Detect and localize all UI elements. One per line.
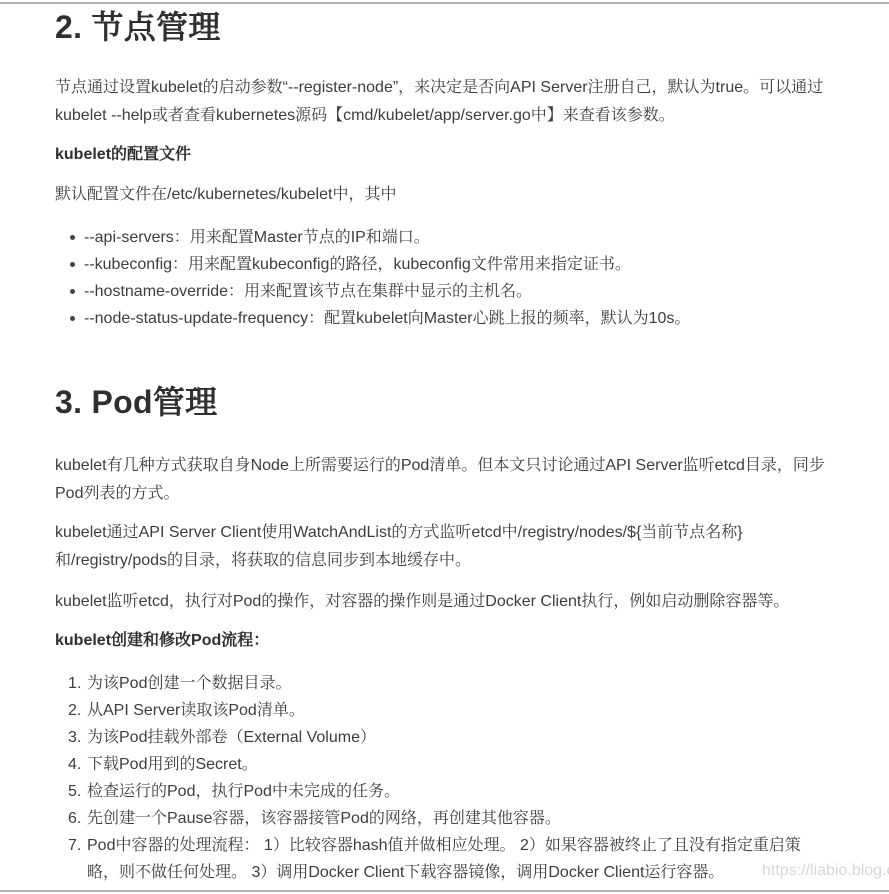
step-text: 从API Server读取该Pod清单。 (87, 702, 305, 719)
list-item: --api-servers：用来配置Master节点的IP和端口。 (53, 224, 843, 251)
section-heading-node-management: 2. 节点管理 (55, 2, 221, 48)
list-item: 3.为该Pod挂载外部卷（External Volume） (55, 724, 815, 751)
list-item: --node-status-update-frequency：配置kubelet… (53, 305, 843, 332)
kubelet-config-heading: kubelet的配置文件 (55, 141, 835, 169)
node-register-paragraph: 节点通过设置kubelet的启动参数“--register-node”，来决定是… (55, 74, 835, 130)
list-item: --kubeconfig：用来配置kubeconfig的路径，kubeconfi… (53, 251, 843, 278)
list-item: 2.从API Server读取该Pod清单。 (55, 697, 815, 724)
config-file-paragraph: 默认配置文件在/etc/kubernetes/kubelet中，其中 (55, 181, 835, 209)
step-text: 为该Pod挂载外部卷（External Volume） (87, 729, 376, 746)
list-item: 6.先创建一个Pause容器，该容器接管Pod的网络，再创建其他容器。 (55, 805, 815, 832)
list-item: 4.下载Pod用到的Secret。 (55, 751, 815, 778)
step-number: 4. (68, 751, 81, 778)
step-number: 5. (68, 778, 81, 805)
list-item: 5.检查运行的Pod，执行Pod中未完成的任务。 (55, 778, 815, 805)
section-heading-pod-management: 3. Pod管理 (55, 377, 217, 423)
watch-list-paragraph: kubelet通过API Server Client使用WatchAndList… (55, 519, 765, 575)
step-text: 下载Pod用到的Secret。 (87, 756, 258, 773)
step-number: 3. (68, 724, 81, 751)
etcd-operations-paragraph: kubelet监听etcd，执行对Pod的操作，对容器的操作则是通过Docker… (55, 588, 835, 616)
step-text: 为该Pod创建一个数据目录。 (87, 675, 291, 692)
list-item: 7.Pod中容器的处理流程： 1）比较容器hash值并做相应处理。 2）如果容器… (55, 832, 815, 886)
list-item: --hostname-override：用来配置该节点在集群中显示的主机名。 (53, 278, 843, 305)
pod-flow-heading: kubelet创建和修改Pod流程： (55, 627, 835, 655)
pod-flow-steps: 1.为该Pod创建一个数据目录。 2.从API Server读取该Pod清单。 … (55, 670, 815, 886)
step-text: 检查运行的Pod，执行Pod中未完成的任务。 (87, 783, 400, 800)
step-number: 6. (68, 805, 81, 832)
step-text: 先创建一个Pause容器，该容器接管Pod的网络，再创建其他容器。 (87, 810, 561, 827)
pod-source-paragraph: kubelet有几种方式获取自身Node上所需要运行的Pod清单。但本文只讨论通… (55, 452, 835, 508)
step-number: 7. (68, 832, 81, 859)
step-text: Pod中容器的处理流程： 1）比较容器hash值并做相应处理。 2）如果容器被终… (87, 837, 801, 881)
list-item: 1.为该Pod创建一个数据目录。 (55, 670, 815, 697)
bottom-border (0, 890, 889, 892)
watermark: https://liabio.blog.csdn.net (762, 862, 889, 880)
step-number: 2. (68, 697, 81, 724)
config-options-list: --api-servers：用来配置Master节点的IP和端口。 --kube… (53, 224, 843, 332)
step-number: 1. (68, 670, 81, 697)
